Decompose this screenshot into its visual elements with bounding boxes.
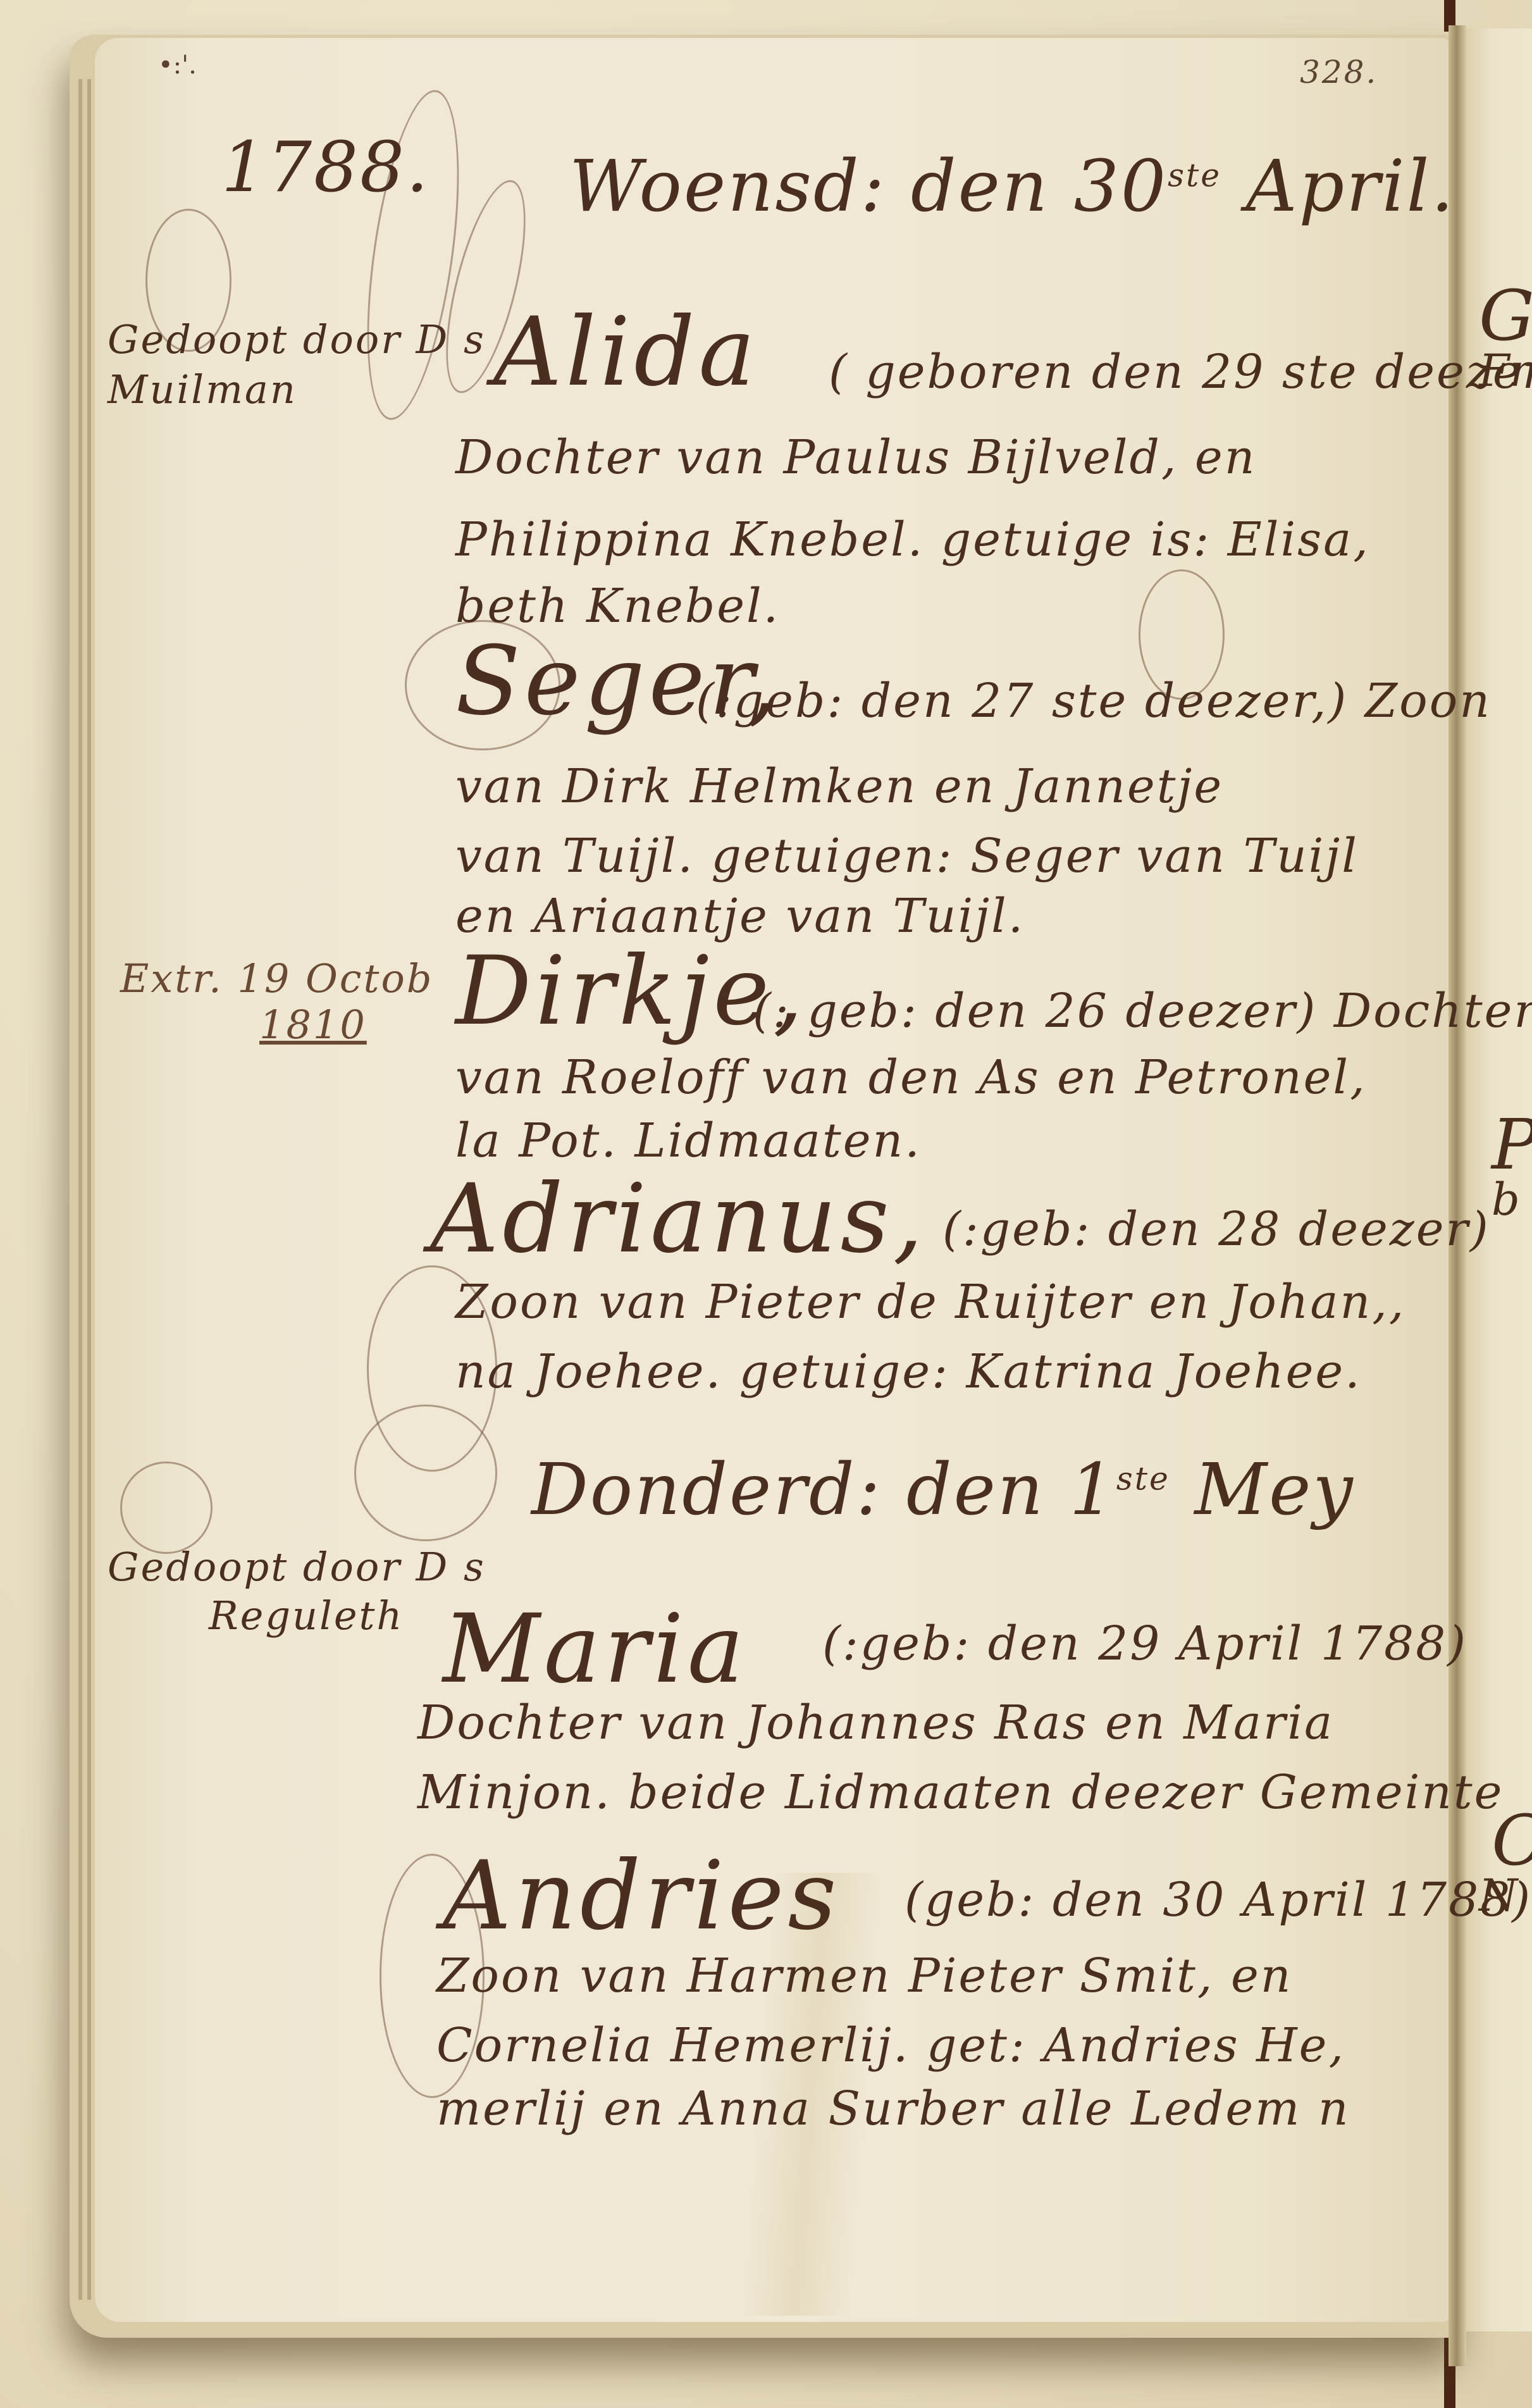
margin-note-year: 1810 <box>259 1002 433 1048</box>
entry-line: (:geb: den 29 April 1788) <box>822 1617 1467 1671</box>
date-heading-day2: Donderd: den 1ste Mey <box>531 1449 1355 1531</box>
facing-fragment: P <box>1492 1104 1532 1185</box>
entry-line: beth Knebel. <box>455 579 780 633</box>
page-edge <box>78 79 82 2300</box>
date-heading-suffix: ste <box>1168 157 1221 194</box>
entry-line: Zoon van Harmen Pieter Smit, en <box>436 1949 1292 2003</box>
margin-note-line: Gedoopt door D s <box>108 1544 486 1590</box>
flourish-decoration <box>354 1405 497 1541</box>
entry-line: en Ariaantje van Tuijl. <box>455 889 1025 943</box>
corner-mark: •:'. <box>158 51 197 80</box>
entry-line: van Dirk Helmken en Jannetje <box>455 759 1223 814</box>
page-number: 328. <box>1300 54 1378 90</box>
margin-note-baptized-by: Gedoopt door D s Reguleth <box>108 1544 486 1639</box>
margin-note-line: Gedoopt door D s <box>108 316 486 363</box>
margin-note-baptized-by: Gedoopt door D s Muilman <box>108 316 486 413</box>
date-heading-month: April. <box>1246 146 1455 228</box>
entry-line: (: geb: den 26 deezer) Dochter <box>753 984 1532 1038</box>
date-heading-day: Woensd: den 30 <box>569 146 1168 228</box>
entry-line: Minjon. beide Lidmaaten deezer Gemeinte <box>417 1765 1504 1820</box>
entry-line: (:geb: den 27 ste deezer,) Zoon <box>696 674 1492 728</box>
entry-line: merlij en Anna Surber alle Ledem n <box>436 2082 1350 2136</box>
entry-line: Philippina Knebel. getuige is: Elisa, <box>455 512 1370 567</box>
entry-line: ( geboren den 29 ste deezer) <box>829 345 1532 399</box>
entry-line: Cornelia Hemerlij. get: Andries He, <box>436 2018 1345 2073</box>
date-heading-month: Mey <box>1194 1449 1354 1531</box>
entry-line: Zoon van Pieter de Ruijter en Johan,, <box>455 1275 1405 1329</box>
margin-note-extract: Extr. 19 Octob 1810 <box>120 955 433 1048</box>
date-heading-day1: Woensd: den 30ste April. <box>569 146 1455 228</box>
entry-line: van Roeloff van den As en Petronel, <box>455 1050 1367 1105</box>
entry-line: (geb: den 30 April 1788) <box>905 1873 1532 1927</box>
margin-note-line: Extr. 19 Octob <box>120 955 433 1002</box>
child-name: Adrianus, <box>430 1164 927 1274</box>
entry-line: Dochter van Johannes Ras en Maria <box>417 1696 1334 1750</box>
entry-line: na Joehee. getuige: Katrina Joehee. <box>455 1344 1362 1399</box>
entry-line: Dochter van Paulus Bijlveld, en <box>455 430 1256 485</box>
entry-line: (:geb: den 28 deezer) <box>942 1202 1490 1257</box>
page-edge <box>87 79 91 2300</box>
facing-fragment: Ge <box>1479 275 1532 356</box>
date-heading-suffix: ste <box>1116 1460 1170 1498</box>
facing-fragment: b <box>1492 1174 1520 1226</box>
year-heading: 1788. <box>221 127 430 208</box>
flourish-decoration <box>120 1462 213 1554</box>
entry-line: van Tuijl. getuigen: Seger van Tuijl <box>455 829 1359 883</box>
child-name: Andries <box>443 1841 840 1951</box>
child-name: Alida <box>493 297 759 407</box>
child-name: Maria <box>443 1594 748 1704</box>
date-heading-day: Donderd: den 1 <box>531 1449 1116 1531</box>
margin-note-minister: Muilman <box>108 366 486 413</box>
entry-line: la Pot. Lidmaaten. <box>455 1114 922 1168</box>
